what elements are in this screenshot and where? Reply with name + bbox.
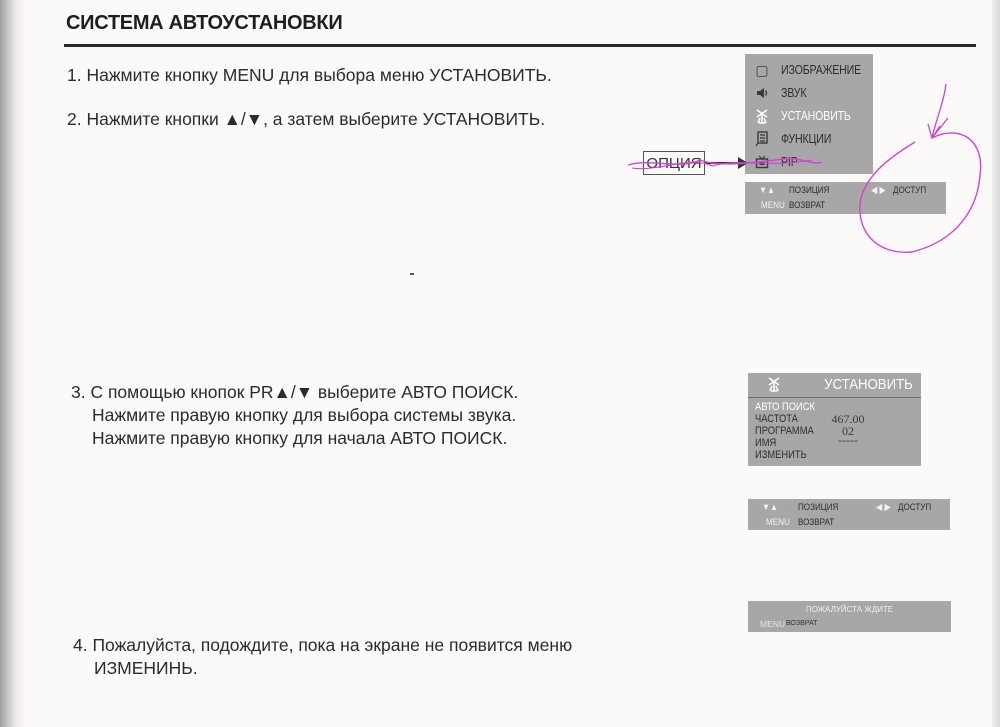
- name-value: -----: [823, 433, 873, 448]
- title-underline: [64, 44, 976, 47]
- menu-key-label: MENU: [760, 619, 785, 629]
- pen-arrow-head: [928, 118, 948, 138]
- menu-item-picture: ▢ ИЗОБРАЖЕНИЕ: [753, 59, 875, 81]
- nav-access-label: ДОСТУП: [893, 185, 926, 196]
- menu-key-label: MENU: [766, 517, 790, 528]
- setup-row-edit: ИЗМЕНИТЬ: [755, 449, 807, 461]
- setup-menu-title: УСТАНОВИТЬ: [824, 376, 913, 393]
- picture-icon: ▢: [753, 61, 771, 79]
- menu-item-sound: ЗВУК: [753, 82, 811, 104]
- nav-access-label: ДОСТУП: [898, 502, 931, 513]
- step-3: 3. С помощью кнопок PR▲/▼ выберите АВТО …: [71, 381, 518, 450]
- callout-arrow-head: [738, 157, 748, 169]
- step-4-line-1: 4. Пожалуйста, подождите, пока на экране…: [73, 635, 572, 655]
- wait-return-label: ВОЗВРАТ: [786, 620, 817, 627]
- pen-arrow-shaft: [932, 84, 946, 137]
- menu-item-label: ЗВУК: [781, 86, 806, 100]
- speaker-icon: [753, 84, 771, 102]
- osd-nav-bar-2: ▼▲ ПОЗИЦИЯ ◀ ▶ ДОСТУП MENU ВОЗВРАТ: [748, 499, 950, 530]
- menu-item-setup: УСТАНОВИТЬ: [753, 105, 863, 127]
- osd-setup-menu: УСТАНОВИТЬ АВТО ПОИСК ЧАСТОТА 467.00 ПРО…: [748, 373, 921, 466]
- nav-return-label: ВОЗВРАТ: [798, 517, 834, 528]
- osd-nav-bar: ▼▲ ПОЗИЦИЯ ◀ ▶ ДОСТУП MENU ВОЗВРАТ: [745, 182, 946, 214]
- step-3-line-2: Нажмите правую кнопку для выбора системы…: [71, 404, 518, 427]
- print-speck: [410, 273, 414, 275]
- step-3-line-3: Нажмите правую кнопку для начала АВТО ПО…: [71, 427, 518, 450]
- step-2: 2. Нажмите кнопки ▲/▼, а затем выберите …: [67, 108, 545, 131]
- nav-position-label: ПОЗИЦИЯ: [798, 502, 838, 513]
- page-binding-shadow: [0, 0, 14, 727]
- setup-row-auto-search: АВТО ПОИСК: [755, 401, 815, 413]
- please-wait-message: ПОЖАЛУЙСТА ЖДИТЕ: [748, 605, 951, 614]
- tv-icon: [753, 153, 771, 171]
- setup-row-name: ИМЯ: [755, 437, 776, 449]
- menu-item-label: ФУНКЦИИ: [781, 132, 831, 146]
- nav-position-label: ПОЗИЦИЯ: [789, 185, 829, 196]
- page-title: СИСТЕМА АВТОУСТАНОВКИ: [66, 12, 342, 35]
- step-4-line-2: ИЗМЕНИНЬ.: [73, 657, 572, 680]
- setup-menu-header: УСТАНОВИТЬ: [748, 373, 921, 398]
- osd-wait-bar: ПОЖАЛУЙСТА ЖДИТЕ MENU ВОЗВРАТ: [748, 601, 951, 632]
- antenna-icon: [767, 376, 781, 396]
- menu-item-pip: PIP: [753, 151, 801, 173]
- setup-row-program: ПРОГРАММА: [755, 425, 814, 437]
- menu-item-functions: ФУНКЦИИ: [753, 128, 840, 150]
- updown-arrows-icon: ▼▲: [759, 185, 775, 196]
- step-3-line-1: 3. С помощью кнопок PR▲/▼ выберите АВТО …: [71, 382, 518, 402]
- nav-return-label: ВОЗВРАТ: [789, 200, 825, 211]
- menu-item-label: УСТАНОВИТЬ: [781, 109, 851, 123]
- page-binding-gutter: [14, 0, 24, 727]
- osd-main-menu: ▢ ИЗОБРАЖЕНИЕ ЗВУК УСТАНОВИТЬ ФУНКЦИИ PI…: [745, 54, 873, 174]
- function-icon: [753, 130, 771, 148]
- step-1-text: 1. Нажмите кнопку MENU для выбора меню У…: [67, 65, 552, 85]
- step-1: 1. Нажмите кнопку MENU для выбора меню У…: [67, 64, 552, 87]
- step-2-text: 2. Нажмите кнопки ▲/▼, а затем выберите …: [67, 109, 545, 129]
- antenna-icon: [753, 107, 771, 125]
- page-edge-shadow: [992, 0, 1000, 727]
- updown-arrows-icon: ▼▲: [762, 502, 778, 513]
- menu-item-label: PIP: [781, 155, 798, 169]
- setup-row-frequency: ЧАСТОТА: [755, 413, 798, 425]
- menu-key-label: MENU: [761, 200, 785, 211]
- menu-item-label: ИЗОБРАЖЕНИЕ: [781, 63, 861, 77]
- leftright-arrows-icon: ◀ ▶: [871, 185, 886, 196]
- step-4: 4. Пожалуйста, подождите, пока на экране…: [73, 634, 572, 680]
- option-callout: ОПЦИЯ: [643, 151, 705, 175]
- leftright-arrows-icon: ◀ ▶: [876, 502, 891, 513]
